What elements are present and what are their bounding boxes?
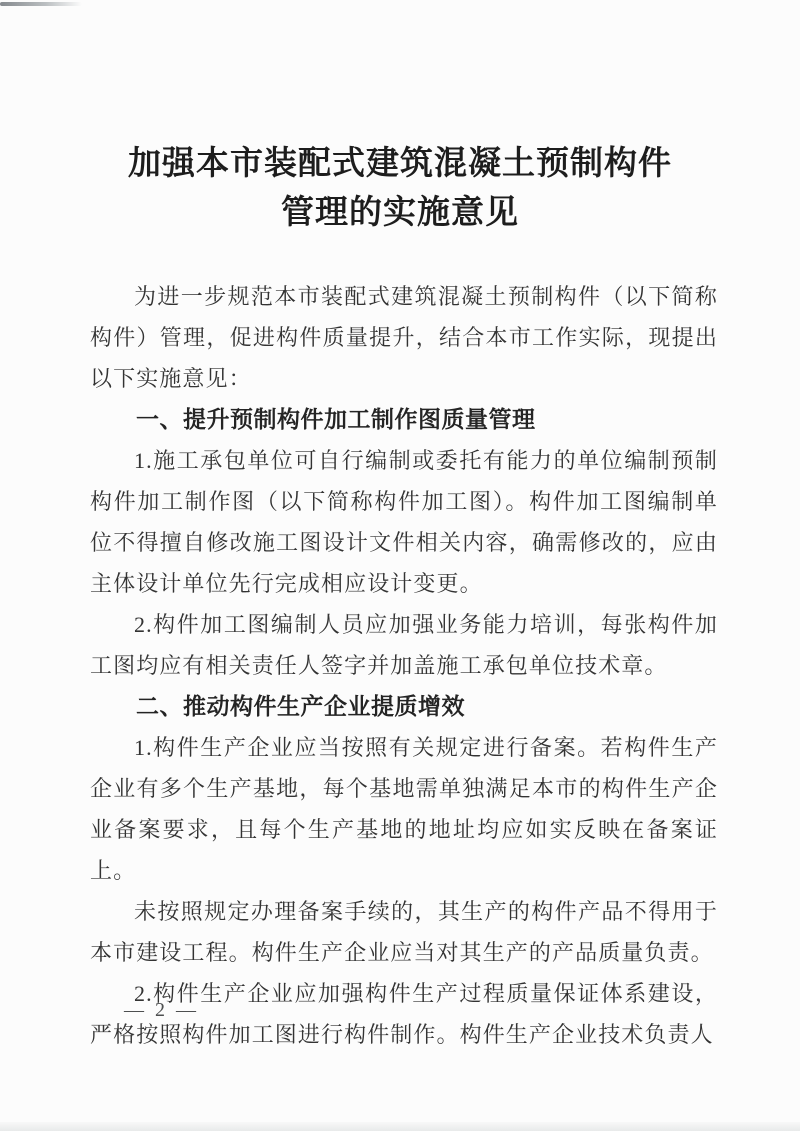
document-title-line-2: 管理的实施意见 <box>0 189 800 238</box>
page-number: — 2 — <box>124 999 199 1022</box>
paragraph-2-1: 1.构件生产企业应当按照有关规定进行备案。若构件生产企业有多个生产基地，每个基地… <box>90 727 718 891</box>
document-title-line-1: 加强本市装配式建筑混凝土预制构件 <box>0 140 800 189</box>
document-title: 加强本市装配式建筑混凝土预制构件 管理的实施意见 <box>0 140 800 238</box>
document-body: 为进一步规范本市装配式建筑混凝土预制构件（以下简称构件）管理，促进构件质量提升，… <box>90 276 718 1055</box>
section-heading-1: 一、提升预制构件加工制作图质量管理 <box>90 399 718 440</box>
paragraph-1-1: 1.施工承包单位可自行编制或委托有能力的单位编制预制构件加工制作图（以下简称构件… <box>90 440 718 604</box>
section-heading-2: 二、推动构件生产企业提质增效 <box>90 686 718 727</box>
paragraph-2-1b: 未按照规定办理备案手续的，其生产的构件产品不得用于本市建设工程。构件生产企业应当… <box>90 891 718 973</box>
paragraph-intro: 为进一步规范本市装配式建筑混凝土预制构件（以下简称构件）管理，促进构件质量提升，… <box>90 276 718 399</box>
document-page: 加强本市装配式建筑混凝土预制构件 管理的实施意见 为进一步规范本市装配式建筑混凝… <box>0 0 800 1131</box>
scan-artifact-bottom-edge <box>0 1122 800 1131</box>
scan-artifact-top-edge <box>0 2 82 6</box>
paragraph-1-2: 2.构件加工图编制人员应加强业务能力培训，每张构件加工图均应有相关责任人签字并加… <box>90 604 718 686</box>
